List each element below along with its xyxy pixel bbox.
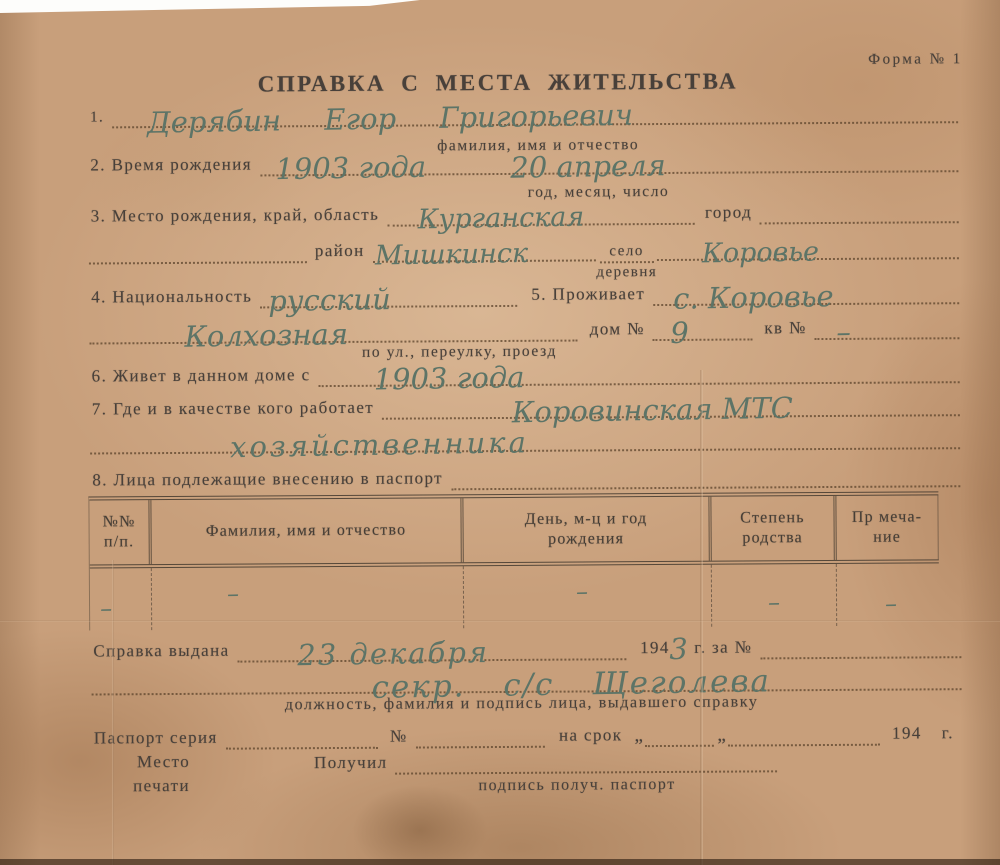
field-residence-label: 5. Проживает (517, 284, 653, 307)
field-birthplace-label: 3. Место рождения, край, область (89, 205, 388, 229)
field-residence-value: с. Коровье (673, 284, 834, 311)
issued-row: Справка выдана 23 декабря 194 3 г. за № (91, 635, 961, 663)
field-persons-label: 8. Лица подлежащие внесению в паспорт (90, 468, 451, 492)
field-district-label: район (307, 241, 373, 263)
field-derevnya-label: деревня (596, 263, 657, 281)
field-birthplace-line: Курганская (387, 207, 695, 227)
col-number-line2: п/п. (104, 532, 134, 552)
received-label: Получил (312, 753, 396, 776)
field-since-line: 1903 года (318, 364, 959, 388)
persons-table-header: №№ п/п. Фамилия, имя и отчество День, м-… (89, 495, 938, 568)
passport-term-label: на срок (545, 725, 631, 748)
signature-line: секр. с/с Щеголева (91, 669, 961, 696)
received-line (395, 762, 777, 774)
field-work-value2: хозяйственника (230, 430, 529, 460)
field-work-row2: хозяйственника (90, 429, 960, 454)
cell-number-dash: – (100, 598, 112, 619)
passport-label: Паспорт серия (92, 728, 226, 751)
field-selo-label: село (599, 243, 654, 263)
col-kinship-line1: Степень (740, 508, 805, 528)
field-persons-line (451, 477, 960, 490)
field-house-value: 9 (671, 321, 690, 346)
col-fullname-line1: Фамилия, имя и отчество (206, 521, 407, 542)
cell-fullname-dash: – (227, 584, 239, 605)
field-street-caption: по ул., переулку, проезд (319, 342, 599, 362)
received-caption: подпись получ. паспорт (432, 776, 722, 796)
field-work-label: 7. Где и в качестве кого работает (90, 398, 382, 422)
field-district-lead-line (89, 253, 307, 264)
field-street-row: Колхозная дом № 9 кв № – (89, 317, 959, 344)
field-nationality-label: 4. Национальность (89, 286, 260, 309)
field-birthplace-value: Курганская (417, 207, 584, 233)
scan-edge-bottom (0, 859, 1000, 865)
field-house-line: 9 (653, 321, 753, 341)
signature-row: секр. с/с Щеголева (91, 669, 961, 696)
field-name-line: Дерябин Егор Григорьевич (112, 103, 958, 128)
field-birthdate-row: 2. Время рождения 1903 года 20 апреля (88, 150, 958, 177)
col-number-line1: №№ (103, 512, 136, 532)
col-kinship-line2: родства (742, 528, 803, 548)
passport-row: Паспорт серия № на срок „ „ 194 г. (92, 723, 962, 750)
field-apartment-label: кв № (752, 318, 814, 340)
passport-term-line2 (728, 736, 880, 747)
issued-label: Справка выдана (91, 640, 237, 663)
issued-year-hand: 3 (670, 637, 689, 662)
col-notes-line2: ние (873, 528, 901, 548)
field-work-row: 7. Где и в качестве кого работает Корови… (90, 394, 960, 421)
field-work-line: Коровинская МТС (382, 397, 960, 420)
field-district-row: район Мишкинск село деревня Коровье (89, 237, 959, 264)
field-apartment-line: – (815, 320, 960, 341)
field-city-label: город (695, 202, 760, 224)
field-birthdate-caption: год, месяц, число (468, 183, 728, 203)
quote-open: „ (630, 725, 645, 747)
field-nationality-line: русский (260, 287, 517, 308)
field-selo-derevnya-stack: село деревня (596, 243, 657, 281)
col-header-birthdate: День, м-ц и год рождения (463, 497, 711, 563)
field-nationality-value: русский (268, 287, 391, 314)
issued-number-line (760, 648, 961, 659)
field-name-value: Дерябин Егор Григорьевич (147, 103, 633, 136)
field-since-label: 6. Живет в данном доме с (90, 365, 319, 388)
col-header-notes: Пр меча- ние (836, 495, 938, 560)
field-persons-row: 8. Лица подлежащие внесению в паспорт (90, 465, 960, 492)
passport-year-suffix: г. (922, 723, 962, 745)
form-number: Форма № 1 (868, 51, 963, 69)
cell-number: – (90, 568, 152, 630)
passport-year: 194 (880, 723, 922, 745)
col-birthdate-line1: День, м-ц и год (525, 509, 648, 530)
passport-term-line (645, 737, 714, 747)
persons-table-row: – – – – – (90, 563, 939, 630)
field-name-row: 1. Дерябин Егор Григорьевич (88, 103, 958, 128)
field-birthdate-day: 20 апреля (511, 154, 667, 181)
cell-notes: – (837, 563, 939, 626)
col-header-fullname: Фамилия, имя и отчество (151, 498, 463, 564)
issued-date-line: 23 декабря (237, 640, 626, 662)
field-since-row: 6. Живет в данном доме с 1903 года (90, 361, 960, 388)
residence-certificate-scan: Форма № 1 СПРАВКА С МЕСТА ЖИТЕЛЬСТВА 1. … (0, 0, 1000, 865)
col-header-number: №№ п/п. (89, 500, 151, 564)
field-name-number: 1. (88, 109, 112, 128)
form-content: Форма № 1 СПРАВКА С МЕСТА ЖИТЕЛЬСТВА 1. … (0, 0, 1000, 865)
field-nationality-row: 4. Национальность русский 5. Проживает с… (89, 282, 959, 309)
passport-number-line (416, 738, 545, 749)
field-birthdate-year: 1903 года (275, 155, 426, 182)
cell-birthdate: – (464, 565, 712, 629)
stamp-place-line2: печати (133, 776, 190, 796)
form-title: СПРАВКА С МЕСТА ЖИТЕЛЬСТВА (0, 67, 998, 99)
quote-close: „ (713, 725, 728, 747)
field-since-value: 1903 года (373, 365, 524, 392)
cell-fullname: – (152, 566, 464, 630)
field-city-line (760, 213, 959, 224)
passport-series-line (226, 739, 378, 750)
field-house-label: дом № (578, 319, 653, 341)
issued-date-value: 23 декабря (297, 640, 489, 668)
field-birthdate-line: 1903 года 20 апреля (260, 153, 959, 177)
field-work-line2: хозяйственника (90, 429, 960, 454)
field-residence-line: с. Коровье (653, 285, 959, 307)
cell-kinship-dash: – (768, 592, 780, 613)
col-birthdate-line2: рождения (548, 529, 624, 549)
col-header-kinship: Степень родства (711, 496, 836, 561)
field-birthplace-row: 3. Место рождения, край, область Курганс… (89, 201, 959, 228)
field-apartment-value: – (836, 320, 851, 345)
field-village-value: Коровье (702, 241, 819, 266)
cell-birthdate-dash: – (576, 581, 588, 602)
passport-number-label: № (378, 727, 416, 749)
issued-year-printed: 194 (626, 638, 670, 660)
signature-caption: должность, фамилия и подпись лица, выдав… (212, 693, 832, 715)
issued-suffix: г. за № (688, 637, 760, 659)
persons-table: №№ п/п. Фамилия, имя и отчество День, м-… (88, 491, 939, 630)
col-notes-line1: Пр меча- (852, 507, 923, 527)
cell-kinship: – (712, 564, 837, 627)
field-work-value: Коровинская МТС (512, 396, 793, 425)
stamp-place-line1: Место (137, 752, 190, 772)
cell-notes-dash: – (885, 594, 897, 615)
field-street-line: Колхозная (89, 322, 578, 345)
received-row: Получил (312, 750, 777, 775)
field-birthdate-label: 2. Время рождения (88, 154, 260, 177)
field-district-value: Мишкинск (374, 243, 528, 268)
field-village-line: Коровье (657, 241, 959, 261)
field-district-line: Мишкинск (373, 243, 597, 262)
